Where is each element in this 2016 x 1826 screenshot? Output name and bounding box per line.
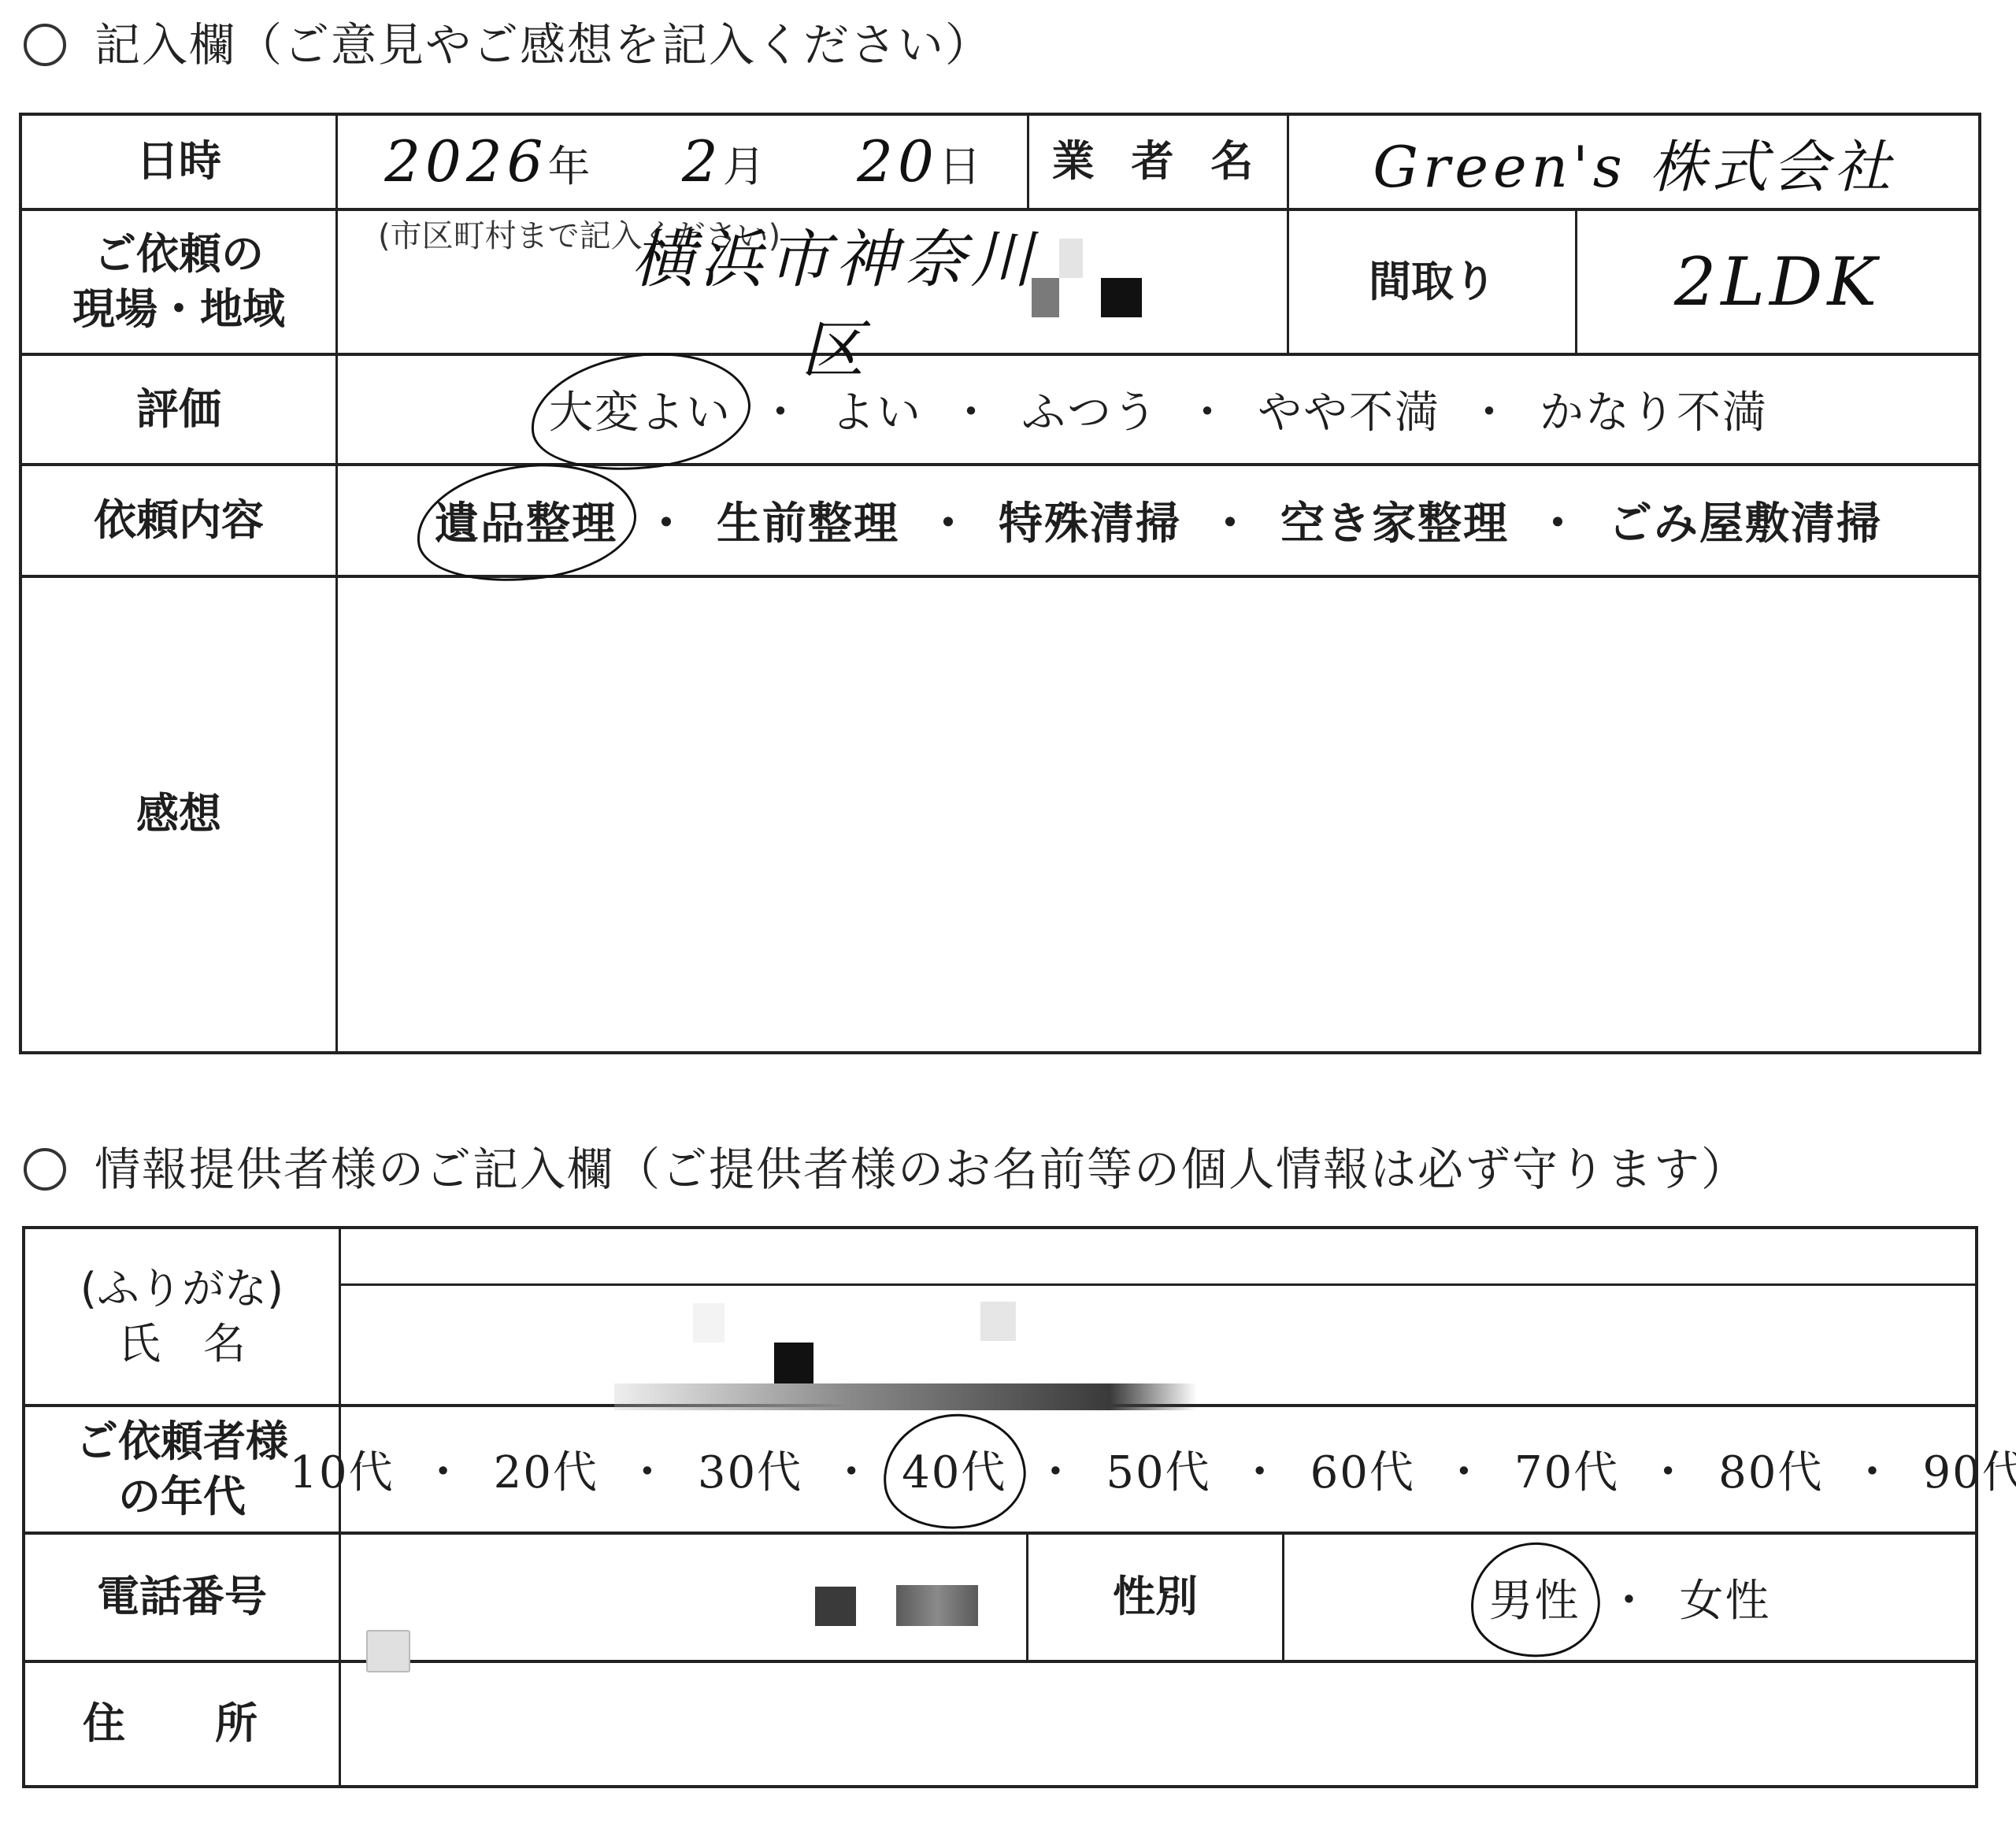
redacted-block [980,1302,1016,1341]
request-option[interactable]: 空き家整理 [1276,489,1514,552]
company-field[interactable]: Green's 株式会社 [1290,116,1978,208]
separator-dot: ・ [421,1438,467,1501]
address-field[interactable] [342,1663,1975,1785]
age-option[interactable]: 60代 [1306,1438,1420,1501]
redacted-block [774,1343,813,1383]
company-label: 業 者 名 [1029,116,1287,208]
impressions-label: 感想 [22,578,335,1051]
rating-option[interactable]: やや不満 [1253,378,1445,441]
redacted-block [1059,239,1083,278]
rating-option[interactable]: かなり不満 [1535,378,1773,441]
day-value: 20 [857,128,939,194]
date-label: 日時 [22,116,335,208]
age-option[interactable]: 10代 [284,1438,398,1501]
separator-dot: ・ [1850,1438,1896,1501]
separator-dot: ・ [1033,1438,1079,1501]
age-option[interactable]: 20代 [489,1438,603,1501]
layout-label: 間取り [1290,211,1575,353]
rating-option[interactable]: よい [826,378,927,441]
address-label: 住 所 [25,1663,339,1785]
age-option[interactable]: 80代 [1714,1438,1828,1501]
rating-option[interactable]: ふつう [1017,378,1163,441]
redacted-block [1032,278,1059,317]
separator-dot: ・ [1646,1438,1692,1501]
impressions-field[interactable] [339,578,1978,1051]
separator-dot: ・ [1442,1438,1488,1501]
separator-dot: ・ [625,1438,671,1501]
age-options: 10代・20代・30代・40代・50代・60代・70代・80代・90代 [342,1407,1975,1532]
redacted-block [1101,278,1142,317]
separator-dot: ・ [1607,1566,1653,1629]
redacted-blur [614,1383,1197,1410]
circle-bullet-icon [24,1148,66,1191]
gender-label: 性別 [1028,1535,1282,1660]
redacted-block [896,1585,978,1626]
request-option[interactable]: ごみ屋敷清掃 [1603,489,1887,552]
age-option[interactable]: 90代 [1918,1438,2016,1501]
separator-dot: ・ [1185,378,1231,441]
request-option[interactable]: 特殊清掃 [994,489,1186,552]
rating-option[interactable]: 大変よい [544,378,736,441]
location-field[interactable]: 横浜市神奈川区 [630,252,1039,346]
circle-bullet-icon [24,24,66,66]
rating-options: 大変よい・よい・ふつう・やや不満・かなり不満 [339,356,1978,463]
separator-dot: ・ [829,1438,875,1501]
gender-option[interactable]: 女性 [1675,1566,1776,1629]
provider-section-title: 情報提供者様のご記入欄（ご提供者様のお名前等の個人情報は必ず守ります） [24,1132,1748,1198]
redacted-block [815,1587,856,1626]
month-value: 2 [682,128,723,194]
separator-dot: ・ [644,489,690,552]
separator-dot: ・ [926,489,972,552]
furigana-field[interactable] [342,1229,1975,1283]
age-option[interactable]: 30代 [693,1438,807,1501]
gender-option[interactable]: 男性 [1484,1566,1585,1629]
layout-field[interactable]: 2LDK [1577,211,1978,353]
age-option[interactable]: 50代 [1101,1438,1215,1501]
request-options: 遺品整理・生前整理・特殊清掃・空き家整理・ごみ屋敷清掃 [339,466,1978,575]
age-option[interactable]: 70代 [1510,1438,1624,1501]
request-option[interactable]: 生前整理 [712,489,904,552]
year-value: 2026 [384,128,547,194]
gender-options: 男性・女性 [1284,1535,1975,1660]
date-field[interactable]: 2026年 2月 20日 [339,116,1027,208]
age-option[interactable]: 40代 [897,1438,1011,1501]
feedback-section-title: 記入欄（ご意見やご感想を記入ください） [24,8,992,74]
request-label: 依頼内容 [22,466,335,575]
name-label: (ふりがな) 氏 名 [25,1229,339,1404]
location-label: ご依頼の 現場・地域 [22,211,335,353]
separator-dot: ・ [1238,1438,1284,1501]
separator-dot: ・ [1536,489,1581,552]
separator-dot: ・ [1467,378,1513,441]
separator-dot: ・ [949,378,995,441]
separator-dot: ・ [1208,489,1254,552]
separator-dot: ・ [758,378,804,441]
phone-label: 電話番号 [25,1535,339,1660]
request-option[interactable]: 遺品整理 [430,489,622,552]
redacted-block [693,1303,724,1343]
rating-label: 評価 [22,356,335,463]
